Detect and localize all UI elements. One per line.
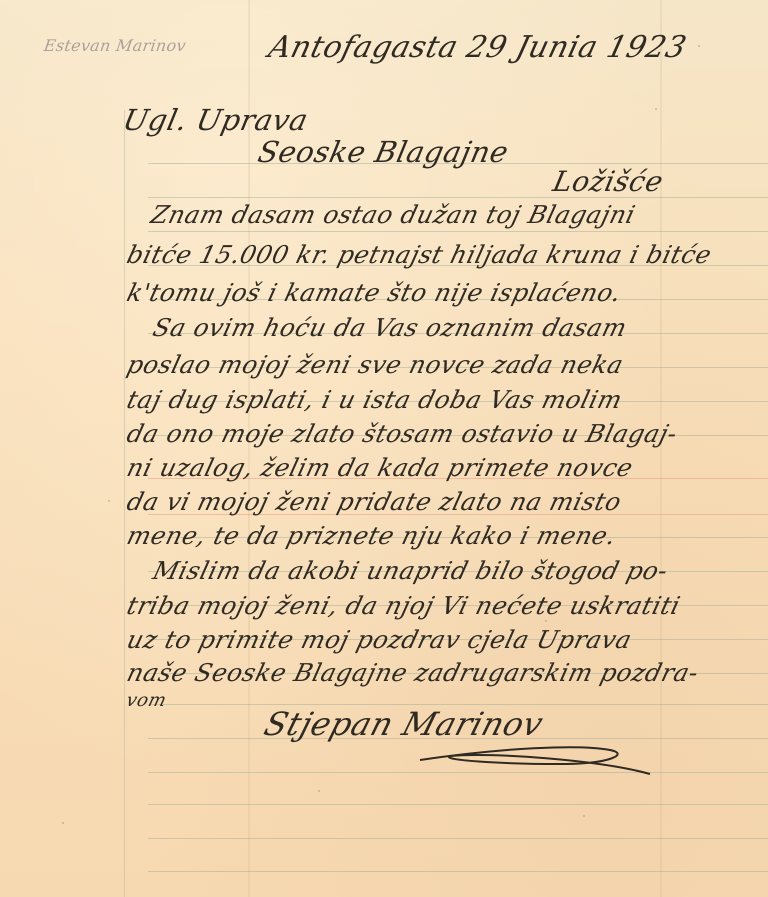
ruled-line [148,838,768,839]
body-line: ni uzalog, želim da kada primete novce [124,453,636,482]
body-line: da vi mojoj ženi pridate zlato na misto [124,487,625,516]
body-line: taj dug isplati, i u ista doba Vas molim [124,385,625,414]
address-line: Ložišće [550,165,666,198]
ruled-line [148,804,768,805]
body-line: Znam dasam ostao dužan toj Blagajni [148,200,638,229]
address-line: Ugl. Uprava [120,103,311,137]
body-line: Mislim da akobi unaprid bilo štogod po- [150,556,671,585]
body-line: poslao mojoj ženi sve novce zada neka [124,350,627,379]
address-line: Seoske Blagajne [255,135,512,169]
place-and-date: Antofagasta 29 Junia 1923 [265,30,690,65]
paper-fold [660,0,662,897]
body-line: triba mojoj ženi, da njoj Vi nećete uskr… [124,591,683,620]
ruled-line [148,871,768,872]
body-line: Sa ovim hoću da Vas oznanim dasam [150,313,630,342]
ruled-line [148,231,768,232]
body-line: bitće 15.000 kr. petnajst hiljada kruna … [124,240,715,269]
ruled-line [148,197,768,198]
body-line: uz to primite moj pozdrav cjela Uprava [124,625,635,654]
body-line: da ono moje zlato štosam ostavio u Blaga… [124,419,681,448]
letterhead-stamp: Estevan Marinov [43,36,188,55]
body-line: naše Seoske Blagajne zadrugarskim pozdra… [124,658,702,687]
signature-flourish [380,730,660,780]
body-line: k'tomu još i kamate što nije isplaćeno. [124,278,625,307]
margin-line [124,110,125,897]
body-line: vom [124,690,169,711]
body-line: mene, te da priznete nju kako i mene. [124,521,619,550]
